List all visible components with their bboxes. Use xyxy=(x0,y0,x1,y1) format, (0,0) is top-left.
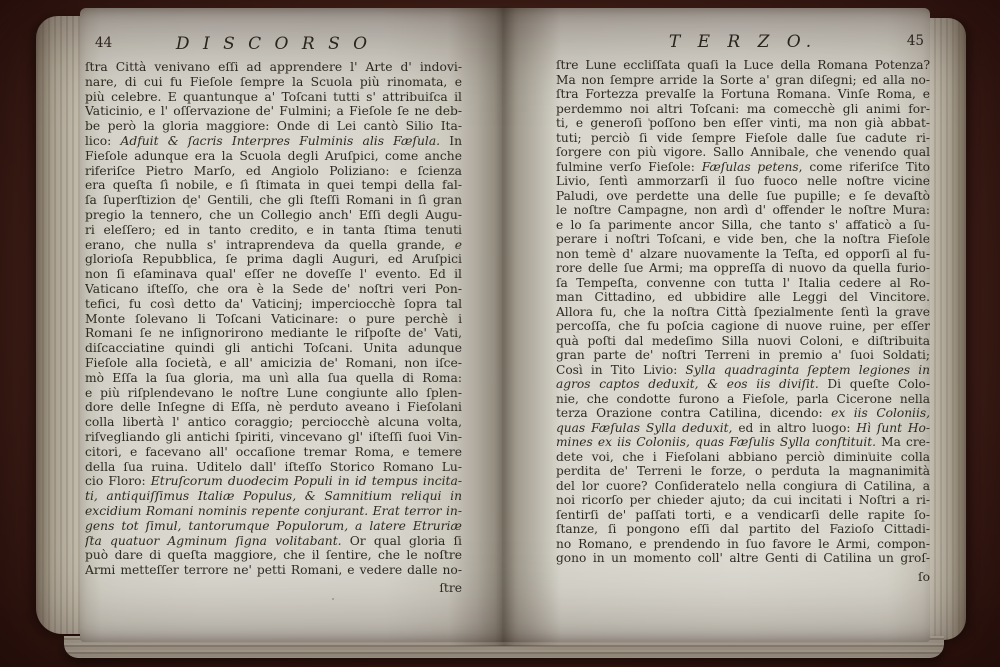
text-segment: ſtre Lune eccliſſata quaſi la Luce della… xyxy=(556,58,930,72)
text-segment: ſa ſuperſtizion de' Gentili, che gli ſte… xyxy=(85,193,462,207)
text-segment: fulmine verſo Fieſole: xyxy=(556,160,702,174)
text-segment: riferiſce Pietro Marſo, ed Angiolo Poliz… xyxy=(85,164,462,178)
text-segment: mò Eſſa la ſua gloria, ma unì alla ſua q… xyxy=(85,371,462,385)
text-line: perdita de' Terreni le forze, o perduta … xyxy=(556,464,930,479)
text-line: noi ricorſo per chieder ajuto; da cui in… xyxy=(556,493,930,508)
text-segment: nare, di cui fu Fieſole ſempre la Scuola… xyxy=(85,75,462,89)
text-line: ti, e generoſi poſſono ben eſſer vinti, … xyxy=(556,116,930,131)
running-title-right: T E R Z O. 45 xyxy=(556,32,930,54)
text-segment: ri eleſſero; ed in tanto credito, e in t… xyxy=(85,223,462,237)
page-number-left: 44 xyxy=(95,35,112,51)
text-segment: le noſtre Campagne, non ardì d' offender… xyxy=(556,203,930,217)
text-line: ſentirſi de' paſſati torti, e a vendicar… xyxy=(556,508,930,523)
text-segment-italic: agros captos deduxit, & eos iis diviſit. xyxy=(556,377,819,391)
text-segment: Monte ſolevano li Toſcani Vaticinare: o … xyxy=(85,312,462,326)
text-segment: Così in Tito Livio: xyxy=(556,363,685,377)
text-column-right: ſtre Lune eccliſſata quaſi la Luce della… xyxy=(556,58,930,598)
text-line: gran parte de' noſtri Terreni in premio … xyxy=(556,348,930,363)
text-line: citori, e facevano all' occaſione tremar… xyxy=(85,445,462,460)
text-line: Vaticinio, e l' oſſervazione de' Fulmini… xyxy=(85,104,462,119)
text-segment: del lor cuore? Conſideratelo nella congi… xyxy=(556,479,930,493)
text-line: pregio la tennero, che un Collegio anch'… xyxy=(85,208,462,223)
text-segment: percoſſa, che fu poſcia cagione di nuove… xyxy=(556,319,930,333)
text-segment-italic: ſta quatuor Agminum ſigna volitabant. xyxy=(85,534,342,548)
text-line: ſa ſuperſtizion de' Gentili, che gli ſte… xyxy=(85,193,462,208)
text-line: Paludi, ove perdette una delle ſue pupil… xyxy=(556,189,930,204)
text-segment: be però la gloria maggiore: Onde di Lei … xyxy=(85,119,462,133)
text-line: può dare di queſta maggiore, che il ſent… xyxy=(85,548,462,563)
text-line: cio Floro: Etruſcorum duodecim Populi in… xyxy=(85,474,462,489)
text-line: ſtra Fortezza prevalſe la Fortuna Romana… xyxy=(556,87,930,102)
right-page-fore-edge xyxy=(928,18,966,640)
text-segment: ſorgere con più vigore. Sallo Annibale, … xyxy=(556,145,930,159)
text-segment-italic: ti, antiquiſſimus Italiæ Populus, & Samn… xyxy=(85,489,462,503)
text-segment: nie, che condotte furono a Fieſole, parl… xyxy=(556,392,930,406)
running-title-left-text: D I S C O R S O xyxy=(176,34,371,54)
text-segment: pregio la tennero, che un Collegio anch'… xyxy=(85,208,462,222)
text-segment: riſvegliando gli antichi ſpiriti, vincev… xyxy=(85,430,462,444)
text-segment: Livio, ſentì ammorzarſi il ſuo fuoco nel… xyxy=(556,174,930,188)
text-line: non ſi eſaminava qual' eſſer ne doveſſe … xyxy=(85,267,462,282)
text-line: e più riſplendevano le noſtre Lune congi… xyxy=(85,386,462,401)
text-line: della ſua ruina. Uditelo dall' iſteſſo S… xyxy=(85,460,462,475)
text-line: Così in Tito Livio: Sylla quadraginta ſe… xyxy=(556,363,930,378)
text-segment-italic: mines ex iis Coloniis, quas Fæſulis Syll… xyxy=(556,435,876,449)
text-segment: più celebre. E quantunque a' Toſcani tut… xyxy=(85,90,462,104)
catchword-right: ſo xyxy=(556,570,930,584)
text-line: rore delle ſue Armi; ma oppreſſa di nuov… xyxy=(556,261,930,276)
text-segment: no Romano, e prendendo in ſuo favore le … xyxy=(556,537,930,551)
text-segment: lico: xyxy=(85,134,120,148)
book-photo: 44 D I S C O R S O T E R Z O. 45 ſtra Ci… xyxy=(0,0,1000,667)
text-segment: tefici, fu così detto da' Vaticinj; impe… xyxy=(85,297,462,311)
text-segment: ſtra Fortezza prevalſe la Fortuna Romana… xyxy=(556,87,930,101)
text-segment: ſtra Città venivano eſſi ad apprendere l… xyxy=(85,60,462,74)
text-segment: diſcacciatine quindi gli antichi Toſcani… xyxy=(85,341,462,355)
text-segment: glorioſa Repubblica, ſe prima dagli Augu… xyxy=(85,252,462,266)
text-segment: Ma non ſempre arride la Sorte a' gran di… xyxy=(556,73,930,87)
page-number-right: 45 xyxy=(907,33,924,49)
text-segment: Or qual gloria ſi xyxy=(342,534,462,548)
text-column-left: ſtra Città venivano eſſi ad apprendere l… xyxy=(85,60,462,600)
text-line: era queſta ſì nobile, e ſì ſtimata in qu… xyxy=(85,178,462,193)
text-segment-italic: e xyxy=(455,238,462,252)
text-segment: gran parte de' noſtri Terreni in premio … xyxy=(556,348,930,362)
text-line: agros captos deduxit, & eos iis diviſit.… xyxy=(556,377,930,392)
text-line: mines ex iis Coloniis, quas Fæſulis Syll… xyxy=(556,435,930,450)
text-segment: ſa Tempeſta, convenne con tutta l' Itali… xyxy=(556,276,930,290)
text-line: colla libertà l' antico coraggio; percio… xyxy=(85,415,462,430)
text-segment: In xyxy=(440,134,462,148)
text-segment: Fieſole adunque era la Scuola degli Aruſ… xyxy=(85,149,462,163)
text-segment: dete voi, che i Fieſolani abbiano perciò… xyxy=(556,450,930,464)
text-line: Armi metteſſer terrore ne' petti Romani,… xyxy=(85,563,462,578)
text-segment: ti, e generoſi poſſono ben eſſer vinti, … xyxy=(556,116,930,130)
text-segment: Allora fu, che la noſtra Città ſpezialme… xyxy=(556,305,930,319)
text-line: dete voi, che i Fieſolani abbiano perciò… xyxy=(556,450,930,465)
text-segment: dore delle Inſegne di Eſſa, nè perduto a… xyxy=(85,400,462,414)
text-line: del lor cuore? Conſideratelo nella congi… xyxy=(556,479,930,494)
text-line: erano, che nulla s' intraprendeva da que… xyxy=(85,238,462,253)
text-line: nare, di cui fu Fieſole ſempre la Scuola… xyxy=(85,75,462,90)
text-segment: tuti; perciò ſi vide ſempre Fieſole dall… xyxy=(556,131,930,145)
text-segment: Vaticinio, e l' oſſervazione de' Fulmini… xyxy=(85,104,462,118)
text-segment: era queſta ſì nobile, e ſì ſtimata in qu… xyxy=(85,178,462,192)
text-segment-italic: Etruſcorum duodecim Populi in id tempus … xyxy=(151,474,462,488)
text-segment: , come riferiſce Tito xyxy=(799,160,930,174)
text-line: diſcacciatine quindi gli antichi Toſcani… xyxy=(85,341,462,356)
text-segment-italic: Hì ſunt Ho- xyxy=(856,421,930,435)
text-line: percoſſa, che fu poſcia cagione di nuove… xyxy=(556,319,930,334)
running-title-left: 44 D I S C O R S O xyxy=(85,34,462,56)
text-line: perdemmo noi altri Toſcani: ma comecchè … xyxy=(556,102,930,117)
text-segment: erano, che nulla s' intraprendeva da que… xyxy=(85,238,455,252)
text-segment: man Cittadino, ed ubbidire alle Leggi de… xyxy=(556,290,930,304)
text-segment: perdemmo noi altri Toſcani: ma comecchè … xyxy=(556,102,930,116)
text-line: be però la gloria maggiore: Onde di Lei … xyxy=(85,119,462,134)
text-line: Livio, ſentì ammorzarſi il ſuo fuoco nel… xyxy=(556,174,930,189)
text-line: ſtanze, ſi pongono eſſi dal partito del … xyxy=(556,522,930,537)
text-line: riſvegliando gli antichi ſpiriti, vincev… xyxy=(85,430,462,445)
text-segment: gono in un momento coll' altre Genti di … xyxy=(556,551,930,565)
text-line: Fieſole adunque era la Scuola degli Aruſ… xyxy=(85,149,462,164)
text-line: mò Eſſa la ſua gloria, ma unì alla ſua q… xyxy=(85,371,462,386)
text-segment: Armi metteſſer terrore ne' petti Romani,… xyxy=(85,563,462,577)
text-segment: Ma cre- xyxy=(876,435,930,449)
text-segment-italic: Sylla quadraginta ſeptem legiones in xyxy=(685,363,930,377)
text-segment-italic: excidium Romani nominis repente conjuran… xyxy=(85,504,462,518)
text-line: riferiſce Pietro Marſo, ed Angiolo Poliz… xyxy=(85,164,462,179)
text-segment: Vaticano iſteſſo, che ora è la Sede de' … xyxy=(85,282,462,296)
text-segment: Romani ſe ne inſignorirono mediante le r… xyxy=(85,326,462,340)
text-line: terza Orazione contra Catilina, dicendo:… xyxy=(556,406,930,421)
text-segment: Di queſte Colo- xyxy=(819,377,930,391)
text-segment: colla libertà l' antico coraggio; percio… xyxy=(85,415,462,429)
text-segment: quà poſti dal medeſimo Silla nuovi Colon… xyxy=(556,334,930,348)
text-segment: perare i noſtri Toſcani, e vide ben, che… xyxy=(556,232,930,246)
text-segment: Paludi, ove perdette una delle ſue pupil… xyxy=(556,189,930,203)
text-line: perare i noſtri Toſcani, e vide ben, che… xyxy=(556,232,930,247)
text-line: ſta quatuor Agminum ſigna volitabant. Or… xyxy=(85,534,462,549)
text-line: gens tot ſimul, tantorumque Populorum, a… xyxy=(85,519,462,534)
text-segment: perdita de' Terreni le forze, o perduta … xyxy=(556,464,930,478)
left-page-fore-edge xyxy=(36,16,84,634)
text-line: tuti; perciò ſi vide ſempre Fieſole dall… xyxy=(556,131,930,146)
text-segment: ed in altro luogo: xyxy=(732,421,856,435)
text-segment: citori, e facevano all' occaſione tremar… xyxy=(85,445,462,459)
text-segment: non ſi eſaminava qual' eſſer ne doveſſe … xyxy=(85,267,462,281)
text-line: ſtre Lune eccliſſata quaſi la Luce della… xyxy=(556,58,930,73)
text-segment: terza Orazione contra Catilina, dicendo: xyxy=(556,406,831,420)
text-line: Monte ſolevano li Toſcani Vaticinare: o … xyxy=(85,312,462,327)
text-line: Fieſole alla ſocietà, e all' amicizia de… xyxy=(85,356,462,371)
text-segment: della ſua ruina. Uditelo dall' iſteſſo S… xyxy=(85,460,462,474)
text-segment-italic: gens tot ſimul, tantorumque Populorum, a… xyxy=(85,519,462,534)
running-title-right-text: T E R Z O. xyxy=(669,32,817,52)
text-segment-italic: quas Fæſulas Sylla deduxit, xyxy=(556,421,732,435)
text-line: excidium Romani nominis repente conjuran… xyxy=(85,504,462,519)
text-line: più celebre. E quantunque a' Toſcani tut… xyxy=(85,90,462,105)
text-line: Ma non ſempre arride la Sorte a' gran di… xyxy=(556,73,930,88)
text-segment: noi ricorſo per chieder ajuto; da cui in… xyxy=(556,493,930,507)
text-line: Romani ſe ne inſignorirono mediante le r… xyxy=(85,326,462,341)
text-line: ti, antiquiſſimus Italiæ Populus, & Samn… xyxy=(85,489,462,504)
catchword-left: ſtre xyxy=(85,581,462,595)
text-segment: cio Floro: xyxy=(85,474,151,488)
text-line: e lo ſa parimente ancor Silla, che tanto… xyxy=(556,218,930,233)
text-line: nie, che condotte furono a Fieſole, parl… xyxy=(556,392,930,407)
text-line: Vaticano iſteſſo, che ora è la Sede de' … xyxy=(85,282,462,297)
text-line: non temè d' alzare nuovamente la Teſta, … xyxy=(556,247,930,262)
text-segment-italic: ex iis Coloniis, xyxy=(831,406,930,420)
text-line: dore delle Inſegne di Eſſa, nè perduto a… xyxy=(85,400,462,415)
text-segment: ſtanze, ſi pongono eſſi dal partito del … xyxy=(556,522,930,536)
text-line: man Cittadino, ed ubbidire alle Leggi de… xyxy=(556,290,930,305)
text-line: le noſtre Campagne, non ardì d' offender… xyxy=(556,203,930,218)
text-line: ſorgere con più vigore. Sallo Annibale, … xyxy=(556,145,930,160)
text-segment: e più riſplendevano le noſtre Lune congi… xyxy=(85,386,462,400)
text-segment-italic: Adfuit & ſacris Interpres Fulminis alis … xyxy=(120,134,440,148)
text-line: quà poſti dal medeſimo Silla nuovi Colon… xyxy=(556,334,930,349)
text-segment: e lo ſa parimente ancor Silla, che tanto… xyxy=(556,218,930,232)
text-line: Allora fu, che la noſtra Città ſpezialme… xyxy=(556,305,930,320)
text-segment: non temè d' alzare nuovamente la Teſta, … xyxy=(556,247,930,261)
text-line: ri eleſſero; ed in tanto credito, e in t… xyxy=(85,223,462,238)
text-segment: ſentirſi de' paſſati torti, e a vendicar… xyxy=(556,508,930,522)
text-line: fulmine verſo Fieſole: Fæſulas petens, c… xyxy=(556,160,930,175)
text-line: gono in un momento coll' altre Genti di … xyxy=(556,551,930,566)
text-segment: può dare di queſta maggiore, che il ſent… xyxy=(85,548,462,562)
text-line: quas Fæſulas Sylla deduxit, ed in altro … xyxy=(556,421,930,436)
text-segment-italic: Fæſulas petens xyxy=(702,160,799,174)
text-line: glorioſa Repubblica, ſe prima dagli Augu… xyxy=(85,252,462,267)
text-line: ſtra Città venivano eſſi ad apprendere l… xyxy=(85,60,462,75)
text-segment: rore delle ſue Armi; ma oppreſſa di nuov… xyxy=(556,261,930,275)
text-line: ſa Tempeſta, convenne con tutta l' Itali… xyxy=(556,276,930,291)
text-line: lico: Adfuit & ſacris Interpres Fulminis… xyxy=(85,134,462,149)
text-line: no Romano, e prendendo in ſuo favore le … xyxy=(556,537,930,552)
text-line: tefici, fu così detto da' Vaticinj; impe… xyxy=(85,297,462,312)
text-segment: Fieſole alla ſocietà, e all' amicizia de… xyxy=(85,356,462,370)
